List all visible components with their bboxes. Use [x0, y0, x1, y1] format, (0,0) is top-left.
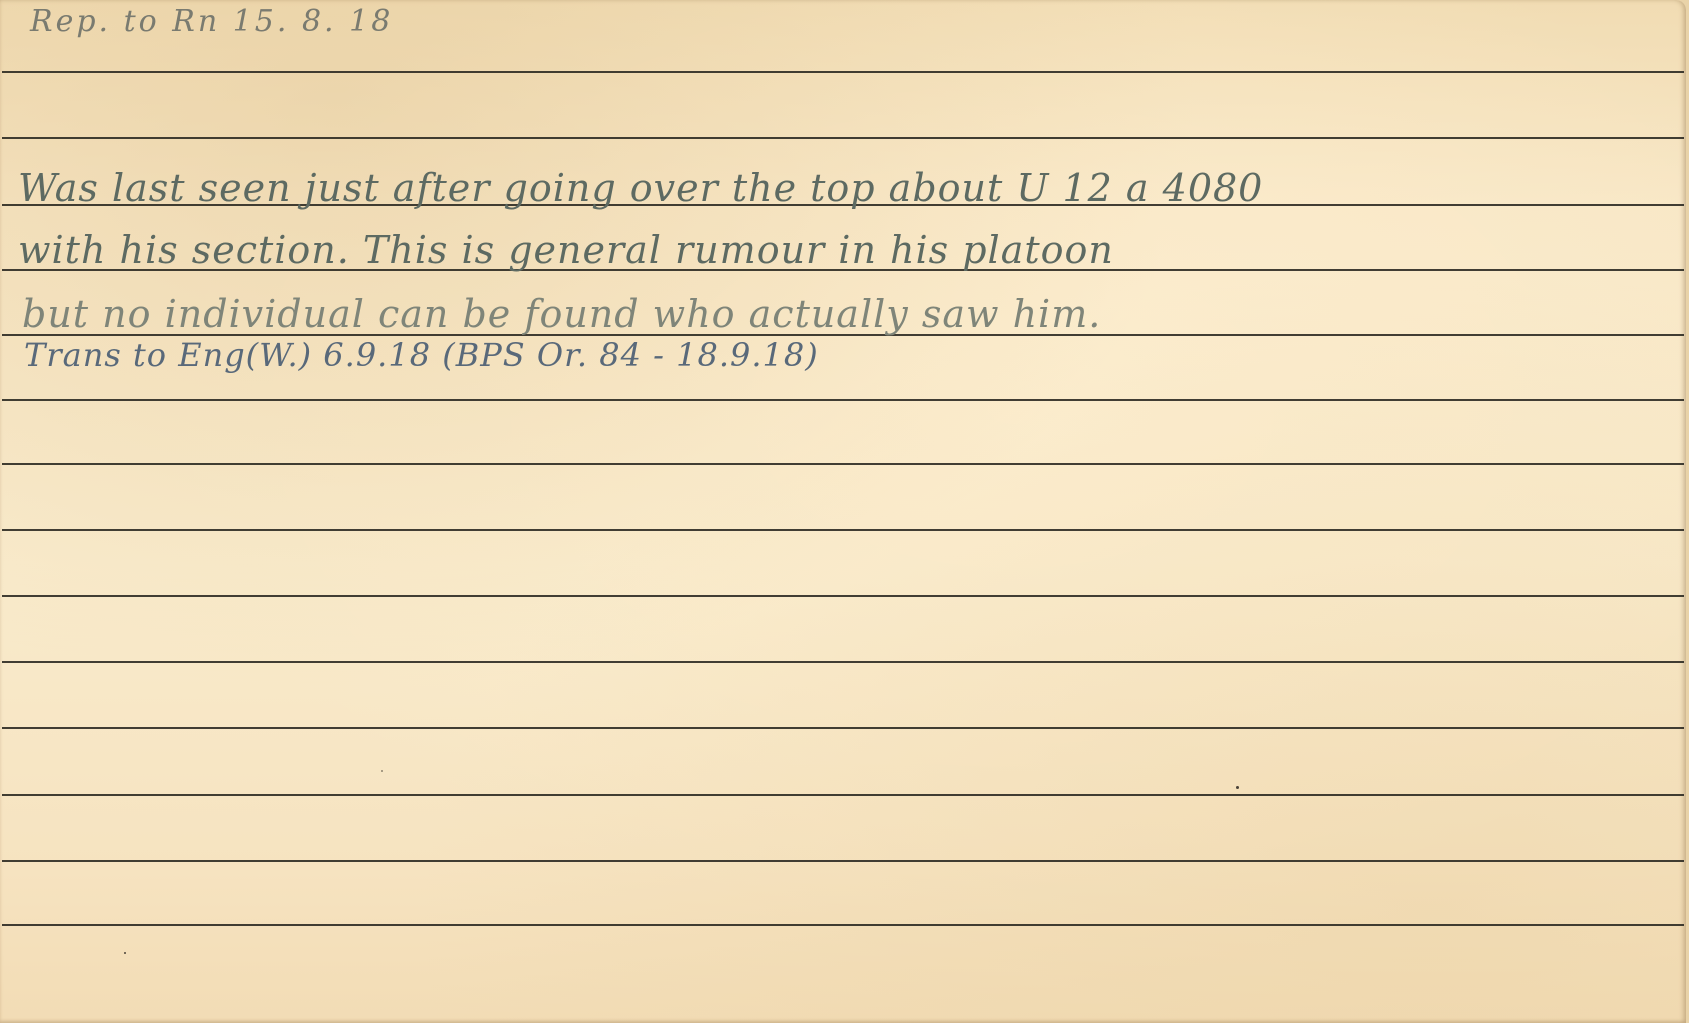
ruled-line	[2, 463, 1684, 465]
ruled-line	[2, 137, 1684, 139]
paper-speck	[381, 770, 383, 772]
handwritten-entry-line: Was last seen just after going over the …	[18, 166, 1263, 210]
ruled-line	[2, 860, 1684, 862]
ruled-line	[2, 71, 1684, 73]
ruled-line	[2, 727, 1684, 729]
record-card: Rep. to Rn 15. 8. 18 Was last seen just …	[0, 0, 1686, 1023]
ruled-line	[2, 794, 1684, 796]
ruled-line	[2, 595, 1684, 597]
paper-speck	[124, 952, 126, 954]
ruled-line	[2, 924, 1684, 926]
paper-speck	[1236, 786, 1239, 789]
report-date-note: Rep. to Rn 15. 8. 18	[30, 4, 393, 39]
handwritten-entry-line: with his section. This is general rumour…	[18, 228, 1114, 272]
ruled-line	[2, 399, 1684, 401]
handwritten-entry-line: but no individual can be found who actua…	[22, 292, 1101, 336]
ruled-line	[2, 529, 1684, 531]
ruled-line	[2, 661, 1684, 663]
transfer-note: Trans to Eng(W.) 6.9.18 (BPS Or. 84 - 18…	[24, 336, 819, 374]
